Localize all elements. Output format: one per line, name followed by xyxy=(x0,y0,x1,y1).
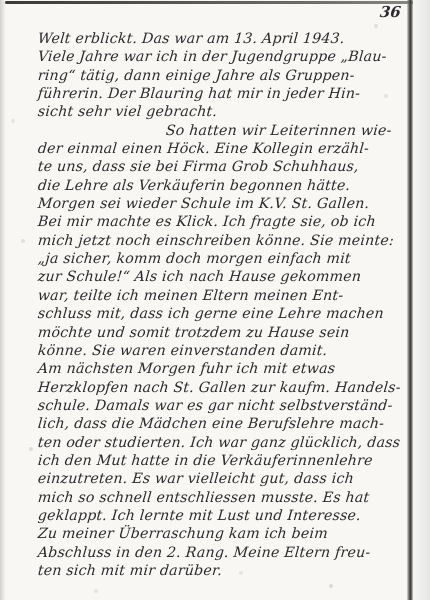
scan-speckles xyxy=(0,0,2,2)
manuscript-line: ich den Mut hatte in die Verkäuferinnenl… xyxy=(37,452,413,470)
manuscript-line: mich so schnell entschliessen musste. Es… xyxy=(37,489,413,507)
manuscript-line: So hatten wir Leiterinnen wie- xyxy=(37,122,413,140)
page-number: 36 xyxy=(379,3,405,21)
scanned-document-page: 36 Welt erblickt. Das war am 13. April 1… xyxy=(0,0,430,600)
manuscript-line: „ja sicher, komm doch morgen einfach mit xyxy=(37,250,413,268)
manuscript-line: ten sich mit mir darüber. xyxy=(37,562,413,580)
scan-right-margin xyxy=(413,0,430,600)
manuscript-line: Herzklopfen nach St. Gallen zur kaufm. H… xyxy=(37,379,413,397)
manuscript-line: möchte und somit trotzdem zu Hause sein xyxy=(37,324,413,342)
manuscript-line: sicht sehr viel gebracht. xyxy=(37,103,413,121)
manuscript-line: mich jetzt noch einschreiben könne. Sie … xyxy=(37,232,413,250)
manuscript-line: zur Schule!“ Als ich nach Hause gekommen xyxy=(37,268,413,286)
manuscript-line: Bei mir machte es Klick. Ich fragte sie,… xyxy=(37,213,413,231)
manuscript-line: te uns, dass sie bei Firma Grob Schuhhau… xyxy=(37,158,413,176)
scan-top-edge-line xyxy=(5,1,430,4)
manuscript-line: Morgen sei wieder Schule im K.V. St. Gal… xyxy=(37,195,413,213)
manuscript-line: schule. Damals war es gar nicht selbstve… xyxy=(37,397,413,415)
manuscript-line: der einmal einen Höck. Eine Kollegin erz… xyxy=(37,140,413,158)
manuscript-line: einzutreten. Es war vielleicht gut, dass… xyxy=(37,470,413,488)
manuscript-line: Viele Jahre war ich in der Jugendgruppe … xyxy=(37,48,413,66)
manuscript-line: schluss mit, dass ich gerne eine Lehre m… xyxy=(37,305,413,323)
manuscript-line: ring“ tätig, dann einige Jahre als Grupp… xyxy=(37,67,413,85)
manuscript-line: Abschluss in den 2. Rang. Meine Eltern f… xyxy=(37,544,413,562)
manuscript-line: geklappt. Ich lernte mit Lust und Intere… xyxy=(37,507,413,525)
manuscript-line: Zu meiner Überraschung kam ich beim xyxy=(37,525,413,543)
manuscript-line: die Lehre als Verkäuferin begonnen hätte… xyxy=(37,177,413,195)
manuscript-line: könne. Sie waren einverstanden damit. xyxy=(37,342,413,360)
scan-left-edge-shadow xyxy=(0,0,6,600)
manuscript-line: Am nächsten Morgen fuhr ich mit etwas xyxy=(37,360,413,378)
manuscript-text-block: Welt erblickt. Das war am 13. April 1943… xyxy=(37,30,411,580)
manuscript-line: Welt erblickt. Das war am 13. April 1943… xyxy=(37,30,413,48)
manuscript-line: führerin. Der Blauring hat mir in jeder … xyxy=(37,85,413,103)
manuscript-line: ten oder studierten. Ich war ganz glückl… xyxy=(37,434,413,452)
manuscript-line: war, teilte ich meinen Eltern meinen Ent… xyxy=(37,287,413,305)
manuscript-line: lich, dass die Mädchen eine Berufslehre … xyxy=(37,415,413,433)
